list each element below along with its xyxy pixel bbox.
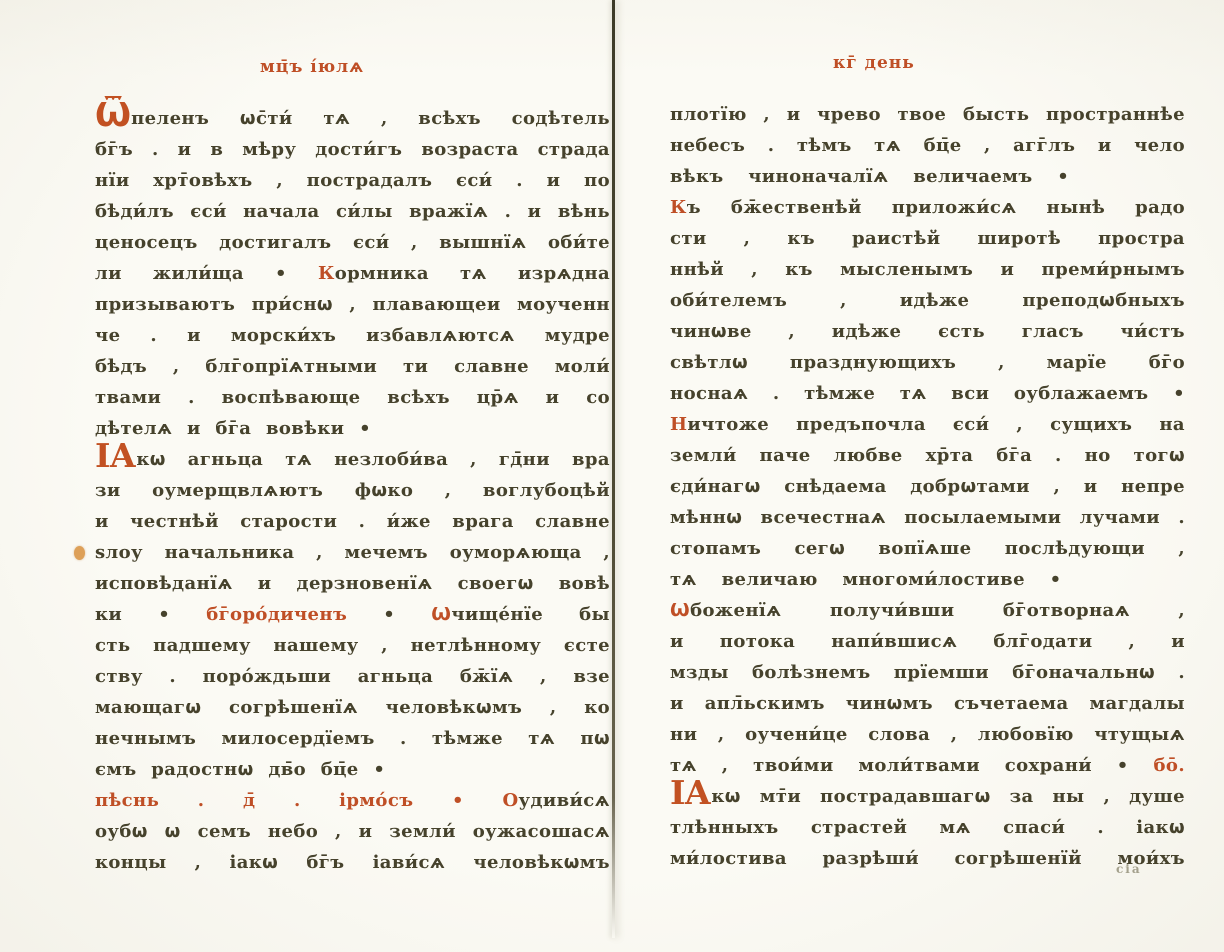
body-text: удиви́сѧ — [519, 790, 610, 811]
body-text: призываютъ при́снѡ , плавающеи моученн — [95, 294, 610, 315]
text-line: ми́лостива разрѣши́ согрѣшенїй мои́хъ — [670, 843, 1185, 874]
body-text: мзды болѣзнемъ прїемши бг̄оначальнѡ . — [670, 662, 1185, 683]
text-line: Ничтоже предъпочла єси́ , сущихъ на — [670, 409, 1185, 440]
text-line: сти , къ раистѣй широтѣ простра — [670, 223, 1185, 254]
body-text: сти , къ раистѣй широтѣ простра — [670, 228, 1185, 249]
body-text: стопамъ сегѡ вопїѧше послѣдующи , — [670, 538, 1185, 559]
right-page-text: плотїю , и чрево твое бысть пространнѣен… — [670, 99, 1185, 874]
body-text: ми́лостива разрѣши́ согрѣшенїй мои́хъ — [670, 848, 1185, 869]
body-text: ємъ радостнѡ дв̄о бц̄е • — [95, 759, 385, 780]
body-text: ни , оучени́це слова , любовїю чтущыѧ — [670, 724, 1185, 745]
drop-cap-initial: Ѿ — [95, 95, 130, 134]
text-line: сть падшему нашему , нетлѣнному єсте — [95, 630, 610, 661]
text-line: свѣтлѡ празднующихъ , марїе бг̄о — [670, 347, 1185, 378]
text-line: и честнѣй старости . и́же врага славне — [95, 506, 610, 537]
body-text: исповѣданїѧ и дерзновенїѧ своегѡ вовѣ — [95, 573, 610, 594]
body-text: сть падшему нашему , нетлѣнному єсте — [95, 635, 610, 656]
body-text: зи оумерщвлѧютъ фѡко , воглубоцѣй — [95, 480, 610, 501]
book-spread: мц̄ъ і́юлѧ Ѿпеленъ ѡс̄ти́ тѧ , всѣхъ сод… — [0, 0, 1224, 952]
text-line: бг̄ъ . и в мѣру дости́гъ возраста страда — [95, 134, 610, 165]
text-line: пѣснь . д̄ . ірмо́съ • Оудиви́сѧ — [95, 785, 610, 816]
body-text: мающагѡ согрѣшенїѧ человѣкѡмъ , ко — [95, 697, 610, 718]
text-line: земли́ паче любве хр̄та бг̄а . но тогѡ — [670, 440, 1185, 471]
body-text: кѡ мт̄и пострадавшагѡ за ны , душе — [711, 786, 1185, 807]
corner-signature: сіа — [1116, 862, 1142, 876]
body-text: вѣкъ чиноначалїѧ величаемъ • — [670, 166, 1069, 187]
text-line: оубѡ ѡ семъ небо , и земли́ оужасошасѧ — [95, 816, 610, 847]
text-line: ценосецъ достигалъ єси́ , вышнїѧ оби́те — [95, 227, 610, 258]
text-line: Къ бж̄ественѣй приложи́сѧ нынѣ радо — [670, 192, 1185, 223]
left-page-text: Ѿпеленъ ѡс̄ти́ тѧ , всѣхъ содѣтельбг̄ъ .… — [95, 103, 610, 878]
right-running-header: кг̄ день — [833, 52, 1185, 74]
text-line: стопамъ сегѡ вопїѧше послѣдующи , — [670, 533, 1185, 564]
rubric-text: К — [670, 197, 687, 218]
left-page: мц̄ъ і́юлѧ Ѿпеленъ ѡс̄ти́ тѧ , всѣхъ сод… — [95, 56, 610, 878]
body-text: оубѡ ѡ семъ небо , и земли́ оужасошасѧ — [95, 821, 610, 842]
body-text: дѣтелѧ и бг̄а вовѣки • — [95, 418, 371, 439]
body-text: небесъ . тѣмъ тѧ бц̄е , агг̄лъ и чело — [670, 135, 1185, 156]
text-line: ѕлоу начальника , мечемъ оуморѧюща , — [95, 537, 610, 568]
body-text: бѣдъ , блг̄опрїѧтными ти славне моли́ — [95, 356, 610, 377]
text-line: зи оумерщвлѧютъ фѡко , воглубоцѣй — [95, 475, 610, 506]
body-text: кѡ агньца тѧ незлоби́ва , гд̄ни вра — [136, 449, 610, 470]
text-line: исповѣданїѧ и дерзновенїѧ своегѡ вовѣ — [95, 568, 610, 599]
body-text: твами . воспѣвающе всѣхъ цр̄ѧ и со — [95, 387, 610, 408]
body-text: ѕлоу начальника , мечемъ оуморѧюща , — [95, 542, 610, 563]
text-line: нїи хрт̄овѣхъ , пострадалъ єси́ . и по — [95, 165, 610, 196]
text-line: концы , іакѡ бг̄ъ іави́сѧ человѣкѡмъ — [95, 847, 610, 878]
rubric-text: бо̄. — [1154, 755, 1185, 776]
page-gutter-divider — [612, 0, 615, 938]
body-text: ки • — [95, 604, 206, 625]
text-line: и потока напи́вшисѧ блг̄одати , и — [670, 626, 1185, 657]
body-text: ннѣй , къ мысленымъ и преми́рнымъ — [670, 259, 1185, 280]
text-line: ли жили́ща • Кормника тѧ изрѧдна — [95, 258, 610, 289]
body-text: • — [347, 604, 431, 625]
right-page: кг̄ день плотїю , и чрево твое бысть про… — [670, 52, 1185, 874]
drop-cap-initial: ІА — [95, 436, 135, 475]
body-text: мѣннѡ всечестнаѧ посылаемыми лучами . — [670, 507, 1185, 528]
text-line: ннѣй , къ мысленымъ и преми́рнымъ — [670, 254, 1185, 285]
body-text: ормника тѧ изрѧдна — [335, 263, 610, 284]
text-line: мѣннѡ всечестнаѧ посылаемыми лучами . — [670, 502, 1185, 533]
body-text: оби́телемъ , идѣже преподѡбныхъ — [670, 290, 1185, 311]
body-text: земли́ паче любве хр̄та бг̄а . но тогѡ — [670, 445, 1185, 466]
text-line: ІАкѡ агньца тѧ незлоби́ва , гд̄ни вра — [95, 444, 610, 475]
rubric-text: К — [318, 263, 335, 284]
rubric-text: бг̄оро́диченъ — [206, 604, 347, 625]
text-line: ству . поро́ждьши агньца бж̄їѧ , взе — [95, 661, 610, 692]
body-text: носнаѧ . тѣмже тѧ вси оублажаемъ • — [670, 383, 1185, 404]
text-line: че . и морски́хъ избавлѧютсѧ мудре — [95, 320, 610, 351]
body-text: ичтоже предъпочла єси́ , сущихъ на — [687, 414, 1185, 435]
body-text: боженїѧ получи́вши бг̄отворнаѧ , — [690, 600, 1185, 621]
text-line: ки • бг̄оро́диченъ • Ѡчище́нїе бы — [95, 599, 610, 630]
text-line: нечнымъ милосердїемъ . тѣмже тѧ пѡ — [95, 723, 610, 754]
text-line: небесъ . тѣмъ тѧ бц̄е , агг̄лъ и чело — [670, 130, 1185, 161]
text-line: оби́телемъ , идѣже преподѡбныхъ — [670, 285, 1185, 316]
rubric-text: Ѡ — [431, 604, 451, 625]
text-line: плотїю , и чрево твое бысть пространнѣе — [670, 99, 1185, 130]
text-line: ємъ радостнѡ дв̄о бц̄е • — [95, 754, 610, 785]
body-text: свѣтлѡ празднующихъ , марїе бг̄о — [670, 352, 1185, 373]
body-text: тѧ величаю многоми́лостиве • — [670, 569, 1062, 590]
body-text: ъ бж̄ественѣй приложи́сѧ нынѣ радо — [687, 197, 1185, 218]
text-line: призываютъ при́снѡ , плавающеи моученн — [95, 289, 610, 320]
body-text: бг̄ъ . и в мѣру дости́гъ возраста страда — [95, 139, 610, 160]
text-line: ІАкѡ мт̄и пострадавшагѡ за ны , душе — [670, 781, 1185, 812]
body-text: тлѣнныхъ страстей мѧ спаси́ . іакѡ — [670, 817, 1185, 838]
text-line: твами . воспѣвающе всѣхъ цр̄ѧ и со — [95, 382, 610, 413]
text-line: Ѡбоженїѧ получи́вши бг̄отворнаѧ , — [670, 595, 1185, 626]
body-text: ли жили́ща • — [95, 263, 318, 284]
text-line: тѧ , твои́ми моли́твами сохрани́ • бо̄. — [670, 750, 1185, 781]
text-line: Ѿпеленъ ѡс̄ти́ тѧ , всѣхъ содѣтель — [95, 103, 610, 134]
text-line: тѧ величаю многоми́лостиве • — [670, 564, 1185, 595]
body-text: ству . поро́ждьши агньца бж̄їѧ , взе — [95, 666, 610, 687]
body-text: тѧ , твои́ми моли́твами сохрани́ • — [670, 755, 1154, 776]
body-text: концы , іакѡ бг̄ъ іави́сѧ человѣкѡмъ — [95, 852, 610, 873]
body-text: чинѡве , идѣже єсть гласъ чи́стъ — [670, 321, 1185, 342]
rubric-text: пѣснь . д̄ . ірмо́съ • О — [95, 790, 519, 811]
body-text: и честнѣй старости . и́же врага славне — [95, 511, 610, 532]
body-text: и апл̄ьскимъ чинѡмъ съчетаема магдалы — [670, 693, 1185, 714]
rubric-text: Н — [670, 414, 687, 435]
text-line: мающагѡ согрѣшенїѧ человѣкѡмъ , ко — [95, 692, 610, 723]
text-line: чинѡве , идѣже єсть гласъ чи́стъ — [670, 316, 1185, 347]
body-text: нечнымъ милосердїемъ . тѣмже тѧ пѡ — [95, 728, 610, 749]
body-text: пеленъ ѡс̄ти́ тѧ , всѣхъ содѣтель — [131, 108, 610, 129]
left-running-header: мц̄ъ і́юлѧ — [260, 56, 610, 78]
text-line: и апл̄ьскимъ чинѡмъ съчетаема магдалы — [670, 688, 1185, 719]
text-line: бѣди́лъ єси́ начала си́лы вражїѧ . и вѣн… — [95, 196, 610, 227]
body-text: плотїю , и чрево твое бысть пространнѣе — [670, 104, 1185, 125]
rubric-text: Ѡ — [670, 600, 690, 621]
drop-cap-initial: ІА — [670, 773, 710, 812]
body-text: єди́нагѡ снѣдаема добрѡтами , и непре — [670, 476, 1185, 497]
body-text: бѣди́лъ єси́ начала си́лы вражїѧ . и вѣн… — [95, 201, 610, 222]
text-line: єди́нагѡ снѣдаема добрѡтами , и непре — [670, 471, 1185, 502]
body-text: че . и морски́хъ избавлѧютсѧ мудре — [95, 325, 610, 346]
text-line: бѣдъ , блг̄опрїѧтными ти славне моли́ — [95, 351, 610, 382]
body-text: и потока напи́вшисѧ блг̄одати , и — [670, 631, 1185, 652]
text-line: вѣкъ чиноначалїѧ величаемъ • — [670, 161, 1185, 192]
text-line: дѣтелѧ и бг̄а вовѣки • — [95, 413, 610, 444]
margin-ornament-dot — [74, 546, 85, 560]
body-text: нїи хрт̄овѣхъ , пострадалъ єси́ . и по — [95, 170, 610, 191]
text-line: тлѣнныхъ страстей мѧ спаси́ . іакѡ — [670, 812, 1185, 843]
body-text: ценосецъ достигалъ єси́ , вышнїѧ оби́те — [95, 232, 610, 253]
text-line: носнаѧ . тѣмже тѧ вси оублажаемъ • — [670, 378, 1185, 409]
body-text: чище́нїе бы — [451, 604, 610, 625]
text-line: ни , оучени́це слова , любовїю чтущыѧ — [670, 719, 1185, 750]
text-line: мзды болѣзнемъ прїемши бг̄оначальнѡ . — [670, 657, 1185, 688]
